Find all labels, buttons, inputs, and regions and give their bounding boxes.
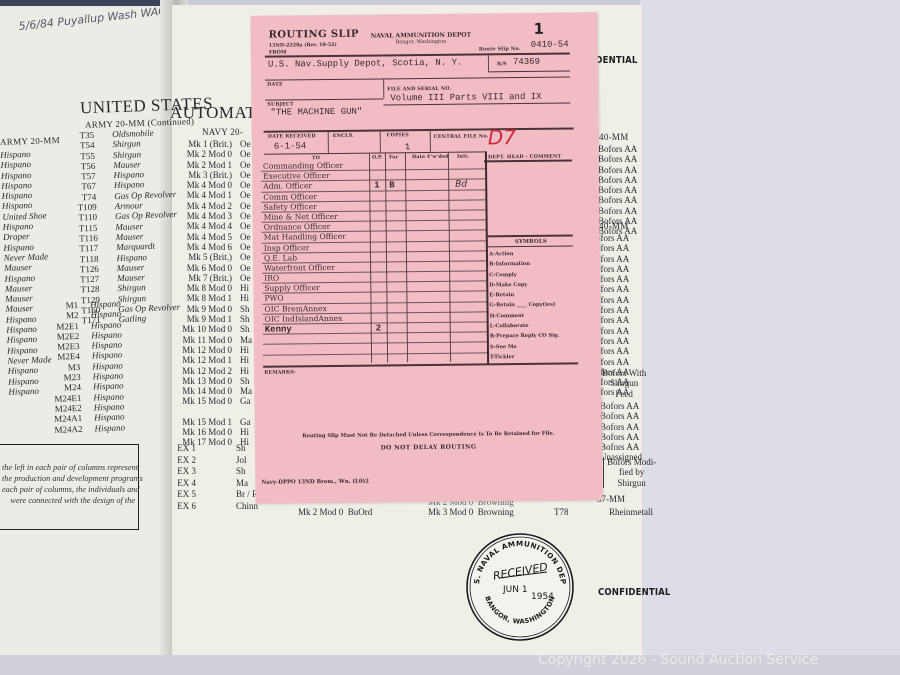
army-m-series-table: M1HispanoM2HispanoM2E1HispanoM2E2Hispano… xyxy=(48,298,125,434)
remarks-label: REMARKS: xyxy=(264,369,296,375)
routing-to: IRO xyxy=(264,274,279,283)
row-code: Mk 13 Mod 0 xyxy=(172,376,232,386)
routing-to: Adm. Officer xyxy=(263,182,312,192)
rs-label: R/S xyxy=(497,61,507,67)
bofors-item: Bofors AA xyxy=(598,195,637,205)
routing-to: OIC BremAnnex xyxy=(264,304,326,314)
routing-to: Mat Handling Officer xyxy=(264,232,346,242)
row-code: Mk 2 Mod 1 xyxy=(172,160,232,170)
row-code: EX 3 xyxy=(162,466,196,478)
row-maker: Gas Op Revolver xyxy=(118,302,180,314)
row-maker: Gas Op Revolver xyxy=(114,189,176,201)
navy-row: Mk 1 (Brit.)Oe xyxy=(172,139,252,149)
routing-to: OIC IndIslandAnnex xyxy=(265,314,343,324)
routing-op: 2 xyxy=(376,323,382,333)
route-slip-number: 0410-54 xyxy=(531,40,569,50)
routing-init: Bd xyxy=(455,180,467,190)
handwritten-note: 5/6/84 Puyallup Wash WAC xyxy=(18,5,167,33)
bofors-bracket-line: Shirgun xyxy=(602,378,646,388)
bofors-bracket-line: fied by xyxy=(607,467,656,477)
row-maker: Sh xyxy=(240,314,250,324)
navy-row: Mk 15 Mod 1Ga xyxy=(172,417,252,427)
svg-text:1954: 1954 xyxy=(531,592,554,602)
encls-label: ENCLS. xyxy=(333,133,354,139)
navy-row: Mk 12 Mod 1Hi xyxy=(172,355,252,365)
navy-row: Mk 16 Mod 0Hi xyxy=(172,427,252,437)
row-code: Mk 4 Mod 5 xyxy=(172,232,232,242)
central-file-value: D7 xyxy=(488,125,516,149)
bofors-bracket-line: Feed xyxy=(602,389,646,399)
row-code: Mk 16 Mod 0 xyxy=(172,427,232,437)
row-maker: Gatling xyxy=(118,313,146,324)
row-maker: Oe xyxy=(240,149,251,159)
bofors-item: Bofors AA xyxy=(600,411,642,421)
row-code: Mk 2 Mod 0 xyxy=(172,149,232,159)
row-maker: Ga xyxy=(240,417,251,427)
navy-row: Mk 6 Mod 0Oe xyxy=(172,263,252,273)
routing-to: Ordnance Officer xyxy=(264,222,331,232)
row-maker: Oldsmobile xyxy=(112,128,154,140)
row-code: Mk 9 Mod 1 xyxy=(172,314,232,324)
routing-to: Insp Officer xyxy=(264,243,310,252)
confidential-bottom-label: CONFIDENTIAL xyxy=(598,587,671,598)
routing-to: Commanding Officer xyxy=(263,161,343,171)
ex-row: EX 2Jol xyxy=(162,455,267,467)
ex-row: EX 5Br / Rak xyxy=(162,489,267,501)
navy-row: Mk 9 Mod 0Sh xyxy=(172,304,252,314)
row-code: Mk 9 Mod 0 xyxy=(172,304,232,314)
row-code: Mk 11 Mod 0 xyxy=(172,335,232,345)
routing-to: Waterfront Officer xyxy=(264,263,335,273)
copyright-watermark: Copyright 2026 - Sound Auction Service xyxy=(538,652,818,668)
row-code: Mk 1 (Brit.) xyxy=(172,139,232,149)
symbol-item: T-Tickler xyxy=(487,352,567,363)
row-code: EX 5 xyxy=(162,489,196,501)
row-code: Mk 15 Mod 1 xyxy=(172,417,232,427)
navy-row: Mk 4 Mod 3Oe xyxy=(172,211,252,221)
navy-row: Mk 13 Mod 0Sh xyxy=(172,376,252,386)
navy-row: Mk 9 Mod 1Sh xyxy=(172,314,252,324)
army-20mm-continued-table: T35OldsmobileT54ShirgunT55ShirgunT56Maus… xyxy=(60,127,181,326)
navy-row: Mk 10 Mod 0Sh xyxy=(172,324,252,334)
row-maker: Oe xyxy=(240,221,251,231)
bofors-item: Bofors AA xyxy=(598,206,637,216)
ex-row: EX 4Ma xyxy=(162,478,267,490)
row-code: EX 6 xyxy=(162,501,196,513)
row-code: EX 1 xyxy=(162,443,196,455)
routing-to: Executive Officer xyxy=(263,171,330,181)
row-maker: Sh xyxy=(236,443,246,455)
navy-20mm-heading: NAVY 20- xyxy=(202,127,243,137)
bofors-bracket-line: Shirgun xyxy=(607,478,656,488)
row-maker: Oe xyxy=(240,201,251,211)
row-code: EX 2 xyxy=(162,455,196,467)
intro-note-box: the left in each pair of columns represe… xyxy=(0,444,139,530)
ex-row: EX 6Chinn xyxy=(162,501,267,513)
from-value: U.S. Nav.Supply Depot, Scotia, N. Y. xyxy=(268,58,463,70)
navy-row: Mk 2 Mod 0Oe xyxy=(172,149,252,159)
note-line: were connected with the design of the xyxy=(2,495,135,506)
row-maker: Hi xyxy=(240,283,249,293)
footer-printer: Navy-DPPO 13ND Brem., Wn. (L0)2 xyxy=(261,479,369,486)
footer-notice: Routing Slip Must Not Be Detached Unless… xyxy=(255,430,602,440)
navy-row: Mk 4 Mod 0Oe xyxy=(172,180,252,190)
bofors-item: Bofors AA xyxy=(600,422,642,432)
row-maker: Ma xyxy=(236,478,248,490)
row-code: Mk 12 Mod 1 xyxy=(172,355,232,365)
routing-table: Commanding OfficerExecutive OfficerAdm. … xyxy=(261,159,487,355)
routing-to: Kenny xyxy=(265,324,292,334)
army-maker-item: Hispano xyxy=(8,385,53,397)
background-surface xyxy=(640,0,900,675)
date-received-label: DATE RECEIVED xyxy=(268,133,316,140)
navy-row: Mk 4 Mod 2Oe xyxy=(172,201,252,211)
ex-row: EX 1Sh xyxy=(162,443,267,455)
bofors-item: Bofors AA xyxy=(600,432,642,442)
file-serial-value: Volume III Parts VIII and IX xyxy=(390,92,541,104)
copies-value: 1 xyxy=(405,142,411,152)
bofors-item: Bofors AA xyxy=(598,144,637,154)
row-maker: Marquardt xyxy=(116,241,155,253)
row-maker: Hispano xyxy=(94,422,125,433)
row-maker: Sh xyxy=(240,324,250,334)
row-code: Mk 4 Mod 2 xyxy=(172,201,232,211)
row-maker: Oe xyxy=(240,170,251,180)
symbols-title: SYMBOLS xyxy=(515,239,547,245)
bofors-item: Bofors AA xyxy=(600,401,642,411)
navy-row: Mk 4 Mod 1Oe xyxy=(172,190,252,200)
row-code: Mk 14 Mod 0 xyxy=(172,386,232,396)
row-code: Mk 12 Mod 2 xyxy=(172,366,232,376)
symbol-item: R-Prepare Reply CO Sig. xyxy=(487,331,567,342)
routing-row xyxy=(263,343,487,356)
navy-20mm-table: Mk 1 (Brit.)OeMk 2 Mod 0OeMk 2 Mod 1OeMk… xyxy=(172,139,252,448)
symbol-item: G-Retain ____ Copy(ies) xyxy=(486,300,566,311)
row-code: EX 4 xyxy=(162,478,196,490)
row-maker: Hi xyxy=(240,366,249,376)
row-maker: Oe xyxy=(240,263,251,273)
routing-slip: ROUTING SLIP 13ND-2228a (Rev. 10-52) FRO… xyxy=(250,12,602,504)
slip-form-number: 13ND-2228a (Rev. 10-52) xyxy=(269,42,337,49)
row-maker: Jol xyxy=(236,455,247,467)
navy-row: Mk 8 Mod 1Hi xyxy=(172,293,252,303)
row-code: Mk 10 Mod 0 xyxy=(172,324,232,334)
navy-row: Mk 15 Mod 0Ga xyxy=(172,396,252,406)
bottom-rheinmetall: Rheinmetall xyxy=(609,507,653,517)
routing-to: Comm Officer xyxy=(263,192,317,202)
navy-row: Mk 5 (Brit.)Oe xyxy=(172,252,252,262)
row-code: Mk 4 Mod 4 xyxy=(172,221,232,231)
row-maker: Hi xyxy=(240,345,249,355)
bottom-mk3-browning: Mk 3 Mod 0 Browning xyxy=(428,507,514,517)
navy-row: Mk 12 Mod 0Hi xyxy=(172,345,252,355)
navy-row: Mk 4 Mod 6Oe xyxy=(172,242,252,252)
bofors-bracket-line: Bofors With xyxy=(602,368,646,378)
row-code: Mk 3 (Brit.) xyxy=(172,170,232,180)
row-maker: Oe xyxy=(240,190,251,200)
row-maker: Hi xyxy=(240,355,249,365)
slip-title: ROUTING SLIP xyxy=(269,29,359,41)
routing-to: Q.E. Lab xyxy=(264,253,297,262)
svg-text:JUN 1: JUN 1 xyxy=(502,585,528,595)
bofors-bracket-line: Bofors Modi- xyxy=(607,457,656,467)
row-maker: Ga xyxy=(240,396,251,406)
army-20mm-heading: ARMY 20-MM xyxy=(0,135,60,147)
note-line: the left in each pair of columns represe… xyxy=(2,462,135,473)
bottom-t78: T78 xyxy=(554,507,569,517)
row-code: Mk 4 Mod 6 xyxy=(172,242,232,252)
navy-row: Mk 7 (Brit.)Oe xyxy=(172,273,252,283)
routing-to: Mine & Net Officer xyxy=(264,212,338,222)
row-code: M24A2 xyxy=(52,423,82,434)
row-maker: Oe xyxy=(240,180,251,190)
ex-list: EX 1ShEX 2JolEX 3ShEX 4MaEX 5Br / RakEX … xyxy=(162,443,267,512)
row-maker: Hi xyxy=(240,427,249,437)
date-received-value: 6-1-54 xyxy=(274,141,307,151)
routing-op: 1 xyxy=(374,181,380,191)
row-code: Mk 6 Mod 0 xyxy=(172,263,232,273)
ex-row: EX 3Sh xyxy=(162,466,267,478)
row-maker: Oe xyxy=(240,273,251,283)
rs-value: 74369 xyxy=(513,57,540,67)
navy-row: Mk 8 Mod 0Hi xyxy=(172,283,252,293)
row-maker: Oe xyxy=(240,232,251,242)
row-maker: Oe xyxy=(240,242,251,252)
copies-label: COPIES xyxy=(387,132,409,138)
note-line: the production and development programs xyxy=(2,473,135,484)
file-serial-label: FILE AND SERIAL NO. xyxy=(387,86,451,93)
row-code: Mk 4 Mod 3 xyxy=(172,211,232,221)
row-code: Mk 4 Mod 0 xyxy=(172,180,232,190)
row-code: Mk 15 Mod 0 xyxy=(172,396,232,406)
row-maker: Gas Op Revolver xyxy=(115,209,177,221)
row-maker: Oe xyxy=(240,160,251,170)
row-maker: Oe xyxy=(240,252,251,262)
bofors-item: Bofors AA xyxy=(598,165,637,175)
pencil-slip-number: 1 xyxy=(534,20,545,38)
route-slip-label: Route Slip No. xyxy=(479,46,521,52)
routing-for: B xyxy=(389,181,395,191)
symbols-legend: A-ActionB-InformationC-ComplyD-Make Copy… xyxy=(486,249,567,363)
row-maker: Hi xyxy=(240,293,249,303)
row-maker: Ma xyxy=(240,335,252,345)
navy-row: Mk 4 Mod 5Oe xyxy=(172,232,252,242)
bofors-item: Bofors AA xyxy=(598,175,637,185)
row-maker: Sh xyxy=(240,376,250,386)
bottom-navy-mk2: Mk 2 Mod 0 BuOrd xyxy=(298,507,372,517)
navy-row: Mk 14 Mod 0Ma xyxy=(172,386,252,396)
routing-to: Safety Officer xyxy=(263,202,316,212)
row-code: Mk 12 Mod 0 xyxy=(172,345,232,355)
bofors-group-3: Bofors AABofors AABofors AABofors AABofo… xyxy=(600,401,642,463)
navy-row: Mk 12 Mod 2Hi xyxy=(172,366,252,376)
row-maker: Sh xyxy=(240,304,250,314)
received-stamp: U. S. NAVAL AMMUNITION DEPOT BANGOR, WAS… xyxy=(465,532,575,642)
navy-row: Mk 4 Mod 4Oe xyxy=(172,221,252,231)
bofors-item: Bofors AA xyxy=(598,185,637,195)
row-code: Mk 5 (Brit.) xyxy=(172,252,232,262)
date-label: DATE xyxy=(267,81,283,87)
footer-warning: DO NOT DELAY ROUTING xyxy=(255,442,602,453)
note-line: each pair of columns, the individuals an… xyxy=(2,484,135,495)
row-code: Mk 8 Mod 1 xyxy=(172,293,232,303)
routing-to: PWO xyxy=(264,294,283,303)
navy-row: Mk 2 Mod 1Oe xyxy=(172,160,252,170)
row-maker: Sh xyxy=(236,466,246,478)
bofors-bracket-modified: Bofors Modi-fied byShirgun xyxy=(603,457,656,488)
bofors-item: Bofors AA xyxy=(598,154,637,164)
bofors-bracket-shirgun-feed: Bofors WithShirgunFeed xyxy=(598,368,646,399)
subject-value: "THE MACHINE GUN" xyxy=(270,107,362,118)
row-code: Mk 4 Mod 1 xyxy=(172,190,232,200)
row-code: Mk 8 Mod 0 xyxy=(172,283,232,293)
navy-row: Mk 11 Mod 0Ma xyxy=(172,335,252,345)
row-maker: Oe xyxy=(240,211,251,221)
routing-to: Supply Officer xyxy=(264,283,319,293)
bofors-item: Bofors AA xyxy=(600,442,642,452)
row-maker: Ma xyxy=(240,386,252,396)
issuer-block: NAVAL AMMUNITION DEPOT Bangor, Washingto… xyxy=(371,32,472,47)
army-20mm-makers: HispanoHispanoHispanoHispanoHispanoHispa… xyxy=(0,148,53,397)
row-maker: Oe xyxy=(240,139,251,149)
row-code: Mk 7 (Brit.) xyxy=(172,273,232,283)
navy-row: Mk 3 (Brit.)Oe xyxy=(172,170,252,180)
central-file-label: CENTRAL FILE No. xyxy=(434,133,489,140)
